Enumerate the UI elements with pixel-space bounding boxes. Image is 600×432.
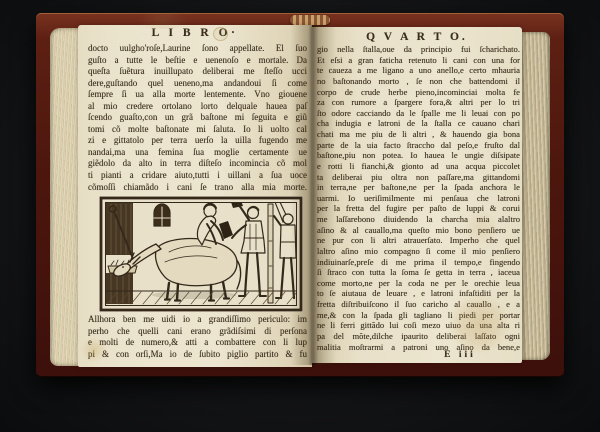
woodcut-illustration (99, 196, 303, 312)
stable-post (268, 204, 273, 303)
right-running-head: Q V A R T O. (316, 31, 518, 43)
stable-wall (106, 203, 137, 304)
right-page-text: gio nella ſtalla,oue da principio fui ſc… (317, 44, 520, 352)
left-page-text-upper: docto uulgho'roſe,Laurine ſono appellate… (88, 43, 307, 193)
book-headband (290, 15, 330, 25)
left-running-head: L I B R O· (84, 27, 306, 39)
right-page-edges (521, 32, 550, 360)
photo-of-open-book: L I B R O· Q V A R T O. docto uulgho'roſ… (0, 0, 600, 432)
arched-window (154, 204, 170, 226)
left-page-text-lower: Allhora ben me uidi io a grandiſſimo per… (88, 314, 307, 360)
signature-mark: E iii (420, 350, 500, 360)
